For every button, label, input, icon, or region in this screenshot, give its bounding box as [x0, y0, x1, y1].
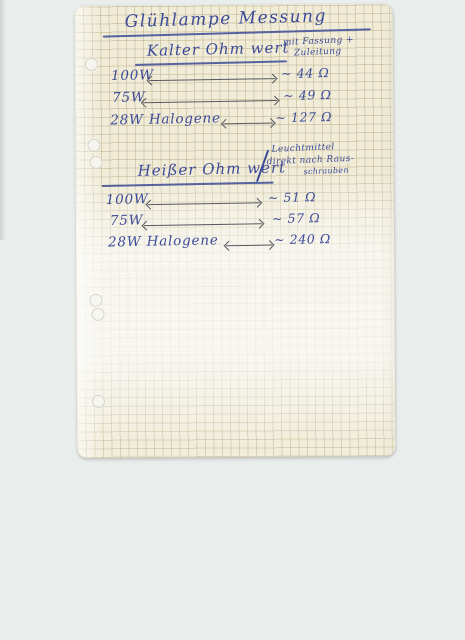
punch-hole	[90, 156, 103, 169]
row-label: 100W	[106, 191, 149, 208]
row-label: 28W Halogene	[110, 110, 221, 128]
annotation-line: schrauben	[303, 166, 349, 177]
row-value: ~ 51 Ω	[268, 189, 317, 205]
punch-hole	[85, 58, 98, 71]
punch-hole	[92, 395, 105, 408]
row-value: ~ 127 Ω	[275, 109, 332, 125]
row-value: ~ 49 Ω	[283, 87, 332, 103]
row-value: ~ 57 Ω	[272, 210, 321, 226]
punch-hole	[91, 308, 104, 321]
note-paper: Glühlampe Messung Kalter Ohm wert mit Fa…	[75, 4, 396, 458]
scanner-edge-shadow	[0, 0, 6, 240]
row-label: 75W	[110, 212, 144, 229]
scanned-page: { "title": "Glühlampe Messung", "section…	[0, 0, 465, 640]
row-label: 28W Halogene	[108, 232, 219, 250]
row-value: ~ 44 Ω	[281, 65, 330, 81]
punch-hole	[87, 139, 100, 152]
section-heading: Kalter Ohm wert	[147, 38, 290, 59]
annotation-line: Zuleitung	[294, 47, 342, 59]
row-value: ~ 240 Ω	[274, 231, 331, 247]
punch-hole	[89, 294, 102, 307]
